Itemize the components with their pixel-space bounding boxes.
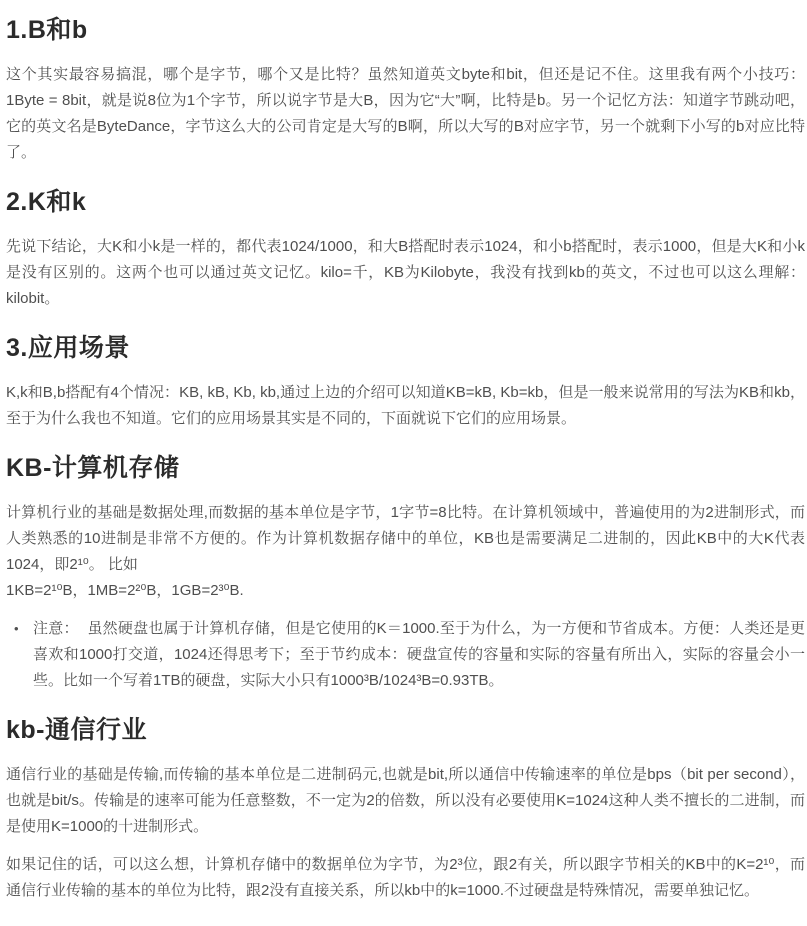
section-kb-computer-storage: KB-计算机存储 计算机行业的基础是数据处理,而数据的基本单位是字节，1字节=8… [6,452,805,694]
note-item: • 注意： 虽然硬盘也属于计算机存储，但是它使用的K＝1000.至于为什么，为一… [6,616,805,694]
section-use-cases: 3.应用场景 K,k和B,b搭配有4个情况：KB, kB, Kb, kb,通过上… [6,332,805,432]
note-list: • 注意： 虽然硬盘也属于计算机存储，但是它使用的K＝1000.至于为什么，为一… [6,616,805,694]
bullet-icon: • [14,616,19,642]
paragraph-kb-telecom-1: 通信行业的基础是传输,而传输的基本单位是二进制码元,也就是bit,所以通信中传输… [6,762,805,840]
paragraph-kb-telecom-2: 如果记住的话，可以这么想，计算机存储中的数据单位为字节，为2³位，跟2有关，所以… [6,852,805,904]
heading-kb-telecom: kb-通信行业 [6,714,805,747]
paragraph-kb-computer-storage: 计算机行业的基础是数据处理,而数据的基本单位是字节，1字节=8比特。在计算机领域… [6,500,805,604]
article: 1.B和b 这个其实最容易搞混，哪个是字节，哪个又是比特？虽然知道英文byte和… [0,0,807,926]
paragraph-k-and-k: 先说下结论，大K和小k是一样的，都代表1024/1000，和大B搭配时表示102… [6,234,805,312]
heading-b-and-b: 1.B和b [6,14,805,47]
section-b-and-b: 1.B和b 这个其实最容易搞混，哪个是字节，哪个又是比特？虽然知道英文byte和… [6,14,805,166]
heading-use-cases: 3.应用场景 [6,332,805,365]
heading-kb-computer-storage: KB-计算机存储 [6,452,805,485]
paragraph-use-cases: K,k和B,b搭配有4个情况：KB, kB, Kb, kb,通过上边的介绍可以知… [6,380,805,432]
heading-k-and-k: 2.K和k [6,186,805,219]
section-kb-telecom: kb-通信行业 通信行业的基础是传输,而传输的基本单位是二进制码元,也就是bit… [6,714,805,904]
note-text: 注意： 虽然硬盘也属于计算机存储，但是它使用的K＝1000.至于为什么，为一方便… [33,616,805,694]
section-k-and-k: 2.K和k 先说下结论，大K和小k是一样的，都代表1024/1000，和大B搭配… [6,186,805,312]
paragraph-b-and-b: 这个其实最容易搞混，哪个是字节，哪个又是比特？虽然知道英文byte和bit，但还… [6,62,805,166]
